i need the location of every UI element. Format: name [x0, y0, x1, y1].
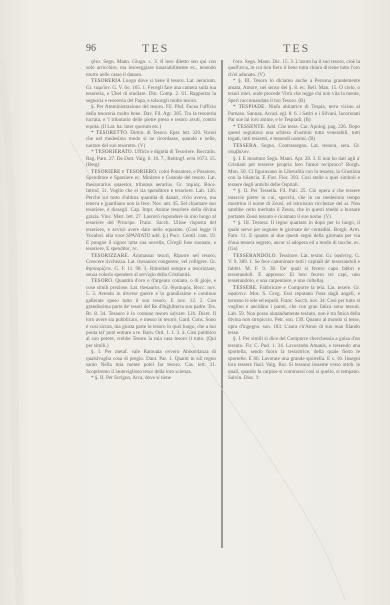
entry-text: §. I. E mostrato Segn. Mann. Apr. 28. 3.…	[228, 156, 360, 188]
dictionary-entry: TESSERA. Segno, Contrassegno. Lat. tesse…	[228, 143, 360, 156]
entry-headword: * TESSENTE	[233, 124, 264, 130]
column-divider	[221, 60, 223, 548]
entry-headword: TESSERE	[233, 285, 256, 291]
right-column: l'oro. Segn. Mann. Dic. 15. 3. L'usurn h…	[228, 59, 360, 382]
entry-headword: * TESORETTO	[91, 130, 127, 136]
dictionary-entry: TESORIZZARE. Ammassar tesori, Riporre ne…	[86, 253, 216, 279]
entry-headword: TESORERIA	[91, 78, 121, 84]
dictionary-entry: * TESSENTE. Add. Che tesse. Car. Apolog.…	[228, 124, 360, 143]
dictionary-entry: TESORIERE e TESORIERO, colui Ponsatore, …	[86, 169, 216, 253]
entry-text: * §. III. Tesoro lo diciamo anche a Pers…	[228, 78, 360, 103]
dictionary-entry: §. I. Per simili si dice del Comporre ch…	[228, 336, 360, 381]
dictionary-entry: * §. II. Per Tessella. Fil. Pali. 25. Ci…	[228, 188, 360, 220]
dictionary-entry: * §. II. Per Scrigno, Arca, dove si tien…	[86, 375, 216, 381]
entry-text: çêro. Segn. Mann. Giugn. c. 3. Il loro d…	[86, 59, 216, 78]
dictionary-entry: §. Per Amministrazione del tesoro. Fil. …	[86, 104, 216, 130]
entry-headword: * TESPIADE	[233, 104, 264, 110]
dictionary-entry: TESSERANDOLO. Tessitore. Lat. textor. Gr…	[228, 253, 360, 285]
entry-text: * §. II. Per Tessella. Fil. Pali. 25. Ci…	[228, 188, 360, 220]
entry-text: * §. II. Per Scrigno, Arca, dove si tien…	[91, 375, 171, 381]
running-head-right: TES	[283, 41, 310, 56]
entry-text: §. Per Amministrazione del tesoro. Fil. …	[86, 104, 216, 129]
entry-headword: TESORIZZARE	[91, 253, 128, 259]
left-column: çêro. Segn. Mann. Giugn. c. 3. Il loro d…	[86, 59, 216, 382]
dictionary-entry: * TESORETTO. Dimin. di Tesoro. Eper. let…	[86, 130, 216, 149]
dictionary-entry: * §. III. Tessera. Il legno quartato in …	[228, 220, 360, 252]
entry-text: §. I. Per simili si dice del Comporre ch…	[228, 336, 360, 381]
entry-text: * §. III. Tessera. Il legno quartato in …	[228, 220, 360, 252]
page-header: 96 TES TES	[86, 41, 360, 57]
dictionary-entry: * TESORIERATO. Ufficio e dignità di Teso…	[86, 149, 216, 168]
entry-headword: TESORO	[91, 278, 112, 284]
dictionary-entry: * §. III. Tesoro lo diciamo anche a Pers…	[228, 78, 360, 104]
dictionary-entry: l'oro. Segn. Mann. Dic. 15. 3. L'usurn h…	[228, 59, 360, 78]
book-page: 96 TES TES çêro. Segn. Mann. Giugn. c. 3…	[0, 0, 390, 605]
entry-text: . Quantità d'oro o d'argento coniato, o …	[86, 278, 216, 349]
entry-headword: TESSERA	[233, 143, 257, 149]
dictionary-entry: çêro. Segn. Mann. Giugn. c. 3. Il loro d…	[86, 59, 216, 78]
dictionary-entry: TESORERIA Luogo dove si tiene il tesoro.…	[86, 78, 216, 104]
entry-headword: * TESORIERATO	[91, 149, 132, 155]
entry-text: . Fabbricare e Comporre la tela. Lat. te…	[228, 285, 360, 336]
entry-text: §. I. Per metaf. vale Ramuata ovvero Abb…	[86, 349, 216, 374]
entry-text: , colui Ponsatore, e Posatore, Spenditor…	[86, 169, 216, 252]
running-head-left: TES	[142, 41, 169, 56]
page-number: 96	[86, 43, 96, 54]
dictionary-entry: §. I. E mostrato Segn. Mann. Apr. 28. 3.…	[228, 156, 360, 188]
dictionary-entry: TESSERE. Fabbricare e Comporre la tela. …	[228, 285, 360, 337]
entry-headword: TESSERANDOLO	[233, 253, 276, 259]
entry-headword: TESORIERE e TESORIERO	[91, 169, 156, 175]
dictionary-entry: §. I. Per metaf. vale Ramuata ovvero Abb…	[86, 349, 216, 375]
dictionary-entry: * TESPIADE. Ninfa abitatrice di Tespia, …	[228, 104, 360, 123]
entry-text: l'oro. Segn. Mann. Dic. 15. 3. L'usurn h…	[228, 59, 360, 78]
dictionary-entry: TESORO. Quantità d'oro o d'argento conia…	[86, 278, 216, 349]
